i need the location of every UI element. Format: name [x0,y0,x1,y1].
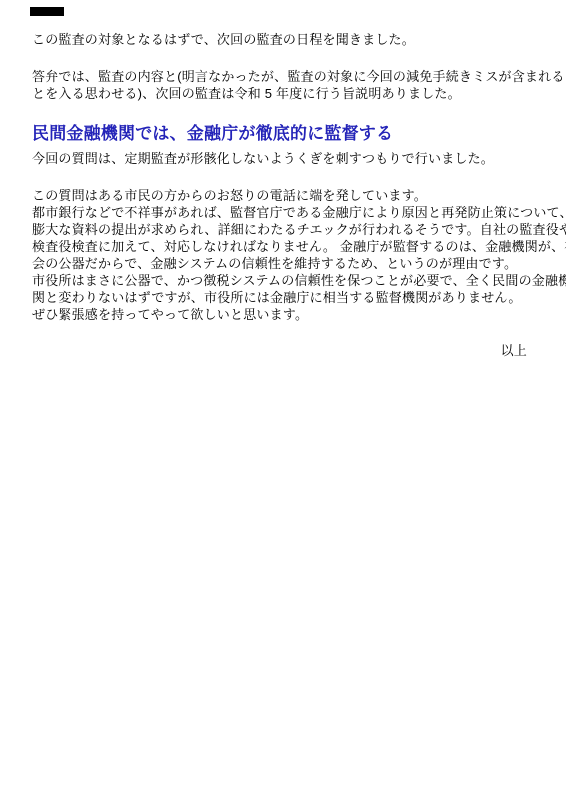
section-heading: 民間金融機関では、金融庁が徹底的に監督する [32,121,544,146]
text-line: 今回の質問は、定期監査が形骸化しないようくぎを刺すつもりで行いました。 [32,150,544,167]
text-line: 膨大な資料の提出が求められ、詳細にわたるチエックが行われるそうです。自社の監査役… [32,221,544,238]
paragraph-answer-reiwa5: 答弁では、監査の内容と(明言なかったが、監査の対象に今回の減免手続きミスが含まれ… [32,68,544,102]
text-line: 都市銀行などで不祥事があれば、監督官庁である金融庁により原因と再発防止策について… [32,204,544,221]
text-line: 会の公器だからで、金融システムの信頼性を維持するため、というのが理由です。 [32,255,544,272]
text-line: ぜひ緊張感を持ってやって欲しいと思います。 [32,306,544,323]
paragraph-audit-schedule: この監査の対象となるはずで、次回の監査の日程を聞きました。 [32,31,544,48]
text-line: とを入る思わせる)、次回の監査は令和 5 年度に行う旨説明ありました。 [32,85,544,102]
text-line: この監査の対象となるはずで、次回の監査の日程を聞きました。 [32,31,544,48]
closing-ijou: 以上 [32,342,544,359]
paragraph-citizen-complaint: この質問はある市民の方からのお怒りの電話に端を発しています。都市銀行などで不祥事… [32,187,544,323]
text-line: 検査役検査に加えて、対応しなければなりません。 金融庁が監督するのは、金融機関が… [32,238,544,255]
text-line: この質問はある市民の方からのお怒りの電話に端を発しています。 [32,187,544,204]
paragraph-question-intent: 今回の質問は、定期監査が形骸化しないようくぎを刺すつもりで行いました。 [32,150,544,167]
document-page: この監査の対象となるはずで、次回の監査の日程を聞きました。 答弁では、監査の内容… [0,0,566,800]
document-content: この監査の対象となるはずで、次回の監査の日程を聞きました。 答弁では、監査の内容… [32,0,544,359]
text-line: 市役所はまさに公器で、かつ徴税システムの信頼性を保つことが必要で、全く民間の金融… [32,272,544,289]
text-line: 関と変わりないはずですが、市役所には金融庁に相当する監督機関がありません。 [32,289,544,306]
text-line: 答弁では、監査の内容と(明言なかったが、監査の対象に今回の減免手続きミスが含まれ… [32,68,544,85]
